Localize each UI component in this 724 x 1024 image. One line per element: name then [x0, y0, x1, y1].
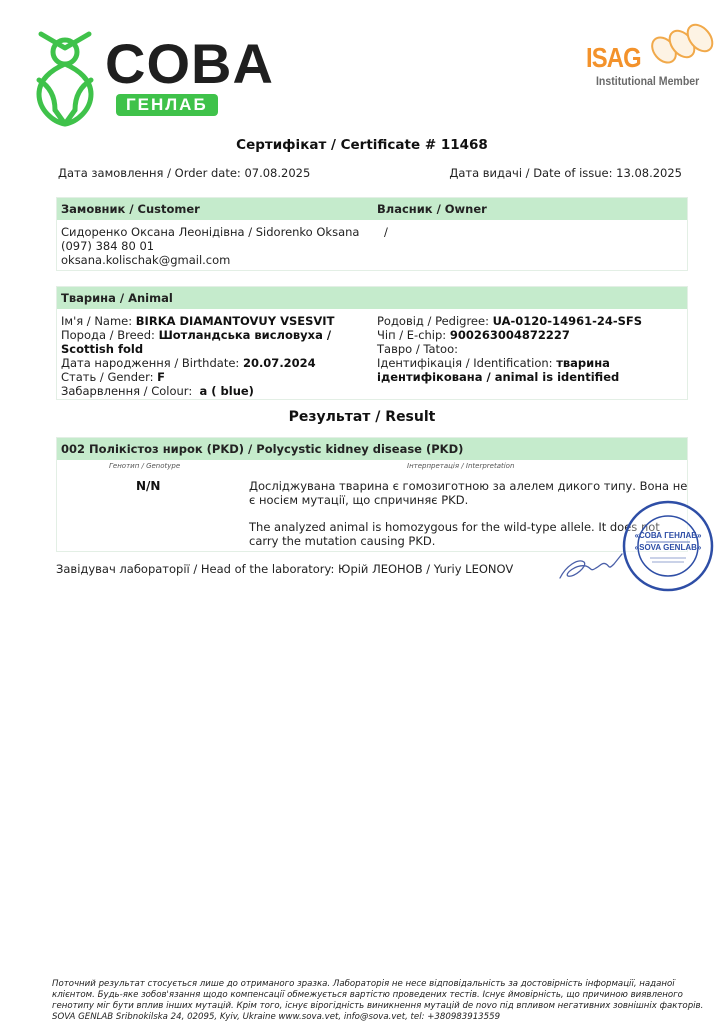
certificate-title: Сертифікат / Certificate # 11468	[0, 137, 724, 153]
order-date: Дата замовлення / Order date: 07.08.2025	[58, 166, 310, 180]
owl-logo-icon	[33, 30, 97, 128]
customer-owner-section: Замовник / Customer Власник / Owner Сидо…	[56, 197, 688, 271]
footer-line-1: Поточний результат стосується лише до от…	[52, 979, 712, 990]
animal-identification-row-2: ідентифікована / animal is identified	[377, 370, 642, 384]
isag-logo: ISAG Institutional Member	[586, 22, 716, 92]
animal-header-label: Тварина / Animal	[61, 287, 173, 309]
test-name: 002 Полікістоз нирок (PKD) / Polycystic …	[61, 438, 463, 460]
animal-gender-label: Стать / Gender:	[61, 370, 157, 384]
animal-colour-label: Забарвлення / Colour:	[61, 384, 200, 398]
stamp-text-en: «SOVA GENLAB»	[635, 543, 702, 552]
customer-header: Замовник / Customer	[61, 198, 200, 220]
animal-chip-row: Чіп / E-chip: 900263004872227	[377, 328, 642, 342]
isag-name: ISAG	[586, 42, 641, 74]
animal-name-label: Ім'я / Name:	[61, 314, 136, 328]
animal-identification-line1: тварина	[556, 356, 610, 370]
animal-pedigree-row: Родовід / Pedigree: UA-0120-14961-24-SFS	[377, 314, 642, 328]
animal-details-right: Родовід / Pedigree: UA-0120-14961-24-SFS…	[377, 314, 642, 384]
owner-header: Власник / Owner	[377, 198, 487, 220]
animal-breed-line1: Шотландська висловуха /	[159, 328, 331, 342]
animal-birthdate-label: Дата народження / Birthdate:	[61, 356, 243, 370]
animal-details-left: Ім'я / Name: BIRKA DIAMANTOVUY VSESVIT П…	[61, 314, 334, 398]
issue-date: Дата видачі / Date of issue: 13.08.2025	[449, 166, 682, 180]
animal-gender: F	[157, 370, 165, 384]
customer-owner-header: Замовник / Customer Власник / Owner	[57, 198, 687, 220]
footer-line-2: клієнтом. Будь-яке зобов'язання щодо ком…	[52, 990, 712, 1001]
stamp-text-ua: «СОВА ГЕНЛАБ»	[635, 531, 702, 540]
animal-birthdate: 20.07.2024	[243, 356, 316, 370]
animal-colour: a ( blue)	[200, 384, 254, 398]
animal-section: Тварина / Animal Ім'я / Name: BIRKA DIAM…	[56, 286, 688, 400]
animal-gender-row: Стать / Gender: F	[61, 370, 334, 384]
animal-header: Тварина / Animal	[57, 287, 687, 309]
animal-breed-row-2: Scottish fold	[61, 342, 334, 356]
animal-breed-line2: Scottish fold	[61, 342, 143, 356]
animal-colour-row: Забарвлення / Colour: a ( blue)	[61, 384, 334, 398]
animal-name: BIRKA DIAMANTOVUY VSESVIT	[136, 314, 335, 328]
result-title: Результат / Result	[0, 409, 724, 425]
animal-breed-row: Порода / Breed: Шотландська висловуха /	[61, 328, 334, 342]
genotype-value: N/N	[136, 479, 160, 493]
animal-pedigree: UA-0120-14961-24-SFS	[493, 314, 642, 328]
animal-tattoo-label: Тавро / Tatoo:	[377, 342, 458, 356]
customer-phone: (097) 384 80 01	[61, 239, 359, 253]
animal-chip: 900263004872227	[450, 328, 570, 342]
result-columns-header: Генотип / Genotype Інтерпретація / Inter…	[57, 460, 687, 474]
animal-identification-line2: ідентифікована / animal is identified	[377, 370, 619, 384]
isag-member-label: Institutional Member	[596, 74, 699, 88]
signature-icon	[556, 548, 626, 584]
interpretation-column-label: Інтерпретація / Interpretation	[407, 462, 514, 470]
animal-breed-label: Порода / Breed:	[61, 328, 159, 342]
test-header: 002 Полікістоз нирок (PKD) / Polycystic …	[57, 438, 687, 460]
customer-email: oksana.kolischak@gmail.com	[61, 253, 359, 267]
footer-line-4: SOVA GENLAB Sribnokilska 24, 02095, Kyiv…	[52, 1012, 712, 1023]
animal-identification-label: Ідентифікація / Identification:	[377, 356, 556, 370]
animal-identification-row: Ідентифікація / Identification: тварина	[377, 356, 642, 370]
customer-details: Сидоренко Оксана Леонідівна / Sidorenko …	[61, 225, 359, 267]
isag-drops-icon	[644, 22, 714, 64]
footer-line-3: генотипу міг бути вплив інших мутацій. К…	[52, 1001, 712, 1012]
owner-value: /	[384, 225, 388, 239]
animal-chip-label: Чіп / E-chip:	[377, 328, 450, 342]
company-stamp-icon: «СОВА ГЕНЛАБ» «SOVA GENLAB»	[622, 500, 714, 592]
animal-tattoo-row: Тавро / Tatoo:	[377, 342, 642, 356]
logo-wordmark: COBA	[105, 32, 274, 96]
customer-name: Сидоренко Оксана Леонідівна / Sidorenko …	[61, 225, 359, 239]
owner-details: /	[384, 225, 388, 239]
company-logo: COBA ГЕНЛАБ	[33, 30, 293, 130]
head-of-laboratory: Завідувач лабораторії / Head of the labo…	[56, 562, 513, 576]
animal-pedigree-label: Родовід / Pedigree:	[377, 314, 493, 328]
animal-name-row: Ім'я / Name: BIRKA DIAMANTOVUY VSESVIT	[61, 314, 334, 328]
animal-birthdate-row: Дата народження / Birthdate: 20.07.2024	[61, 356, 334, 370]
logo-badge: ГЕНЛАБ	[116, 94, 218, 116]
disclaimer-footer: Поточний результат стосується лише до от…	[52, 979, 712, 1023]
genotype-column-label: Генотип / Genotype	[109, 462, 180, 470]
